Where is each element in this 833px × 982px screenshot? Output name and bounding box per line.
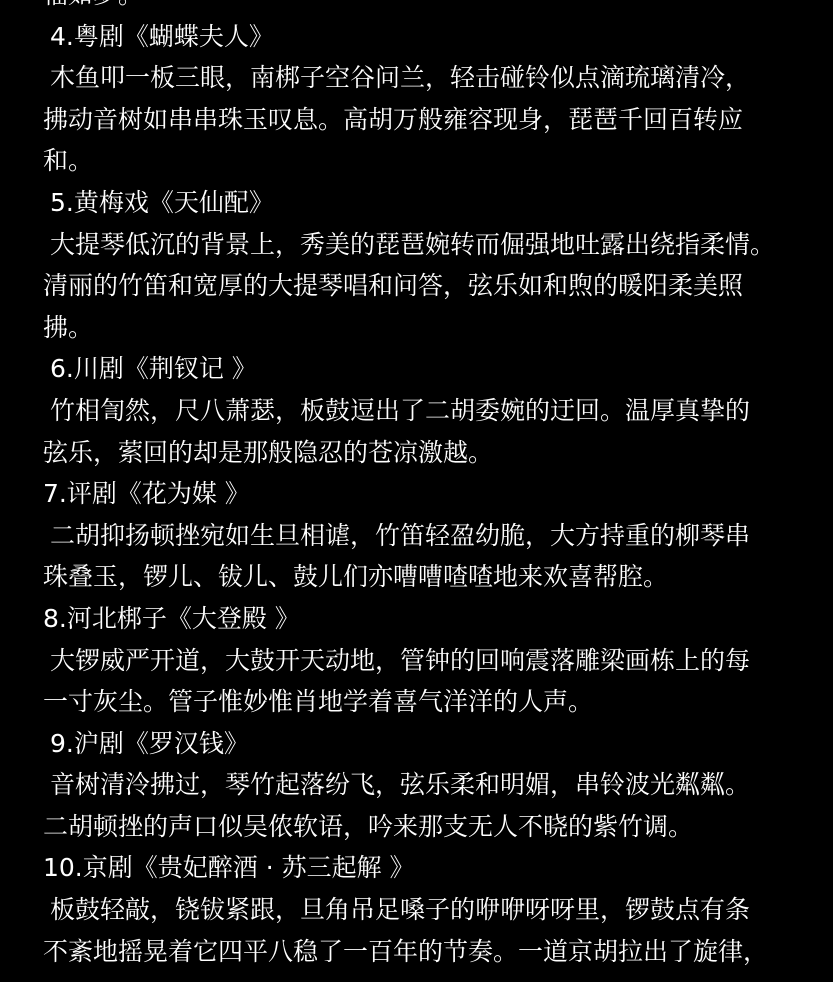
paragraph-line: 大提琴低沉的背景上，秀美的琵琶婉转而倔强地吐露出绕指柔情。 [43,224,833,266]
section-8: 8.河北梆子《大登殿 》 大锣威严开道，大鼓开天动地，管钟的回响震落雕梁画栋上的… [43,598,833,723]
paragraph-line: 竹相訇然，尺八萧瑟，板鼓逗出了二胡委婉的迂回。温厚真挚的 [43,390,833,432]
section-9: 9.沪剧《罗汉钱》 音树清泠拂过，琴竹起落纷飞，弦乐柔和明媚，串铃波光粼粼。 二… [43,723,833,848]
section-4: 4.粤剧《蝴蝶夫人》 木鱼叩一板三眼，南梆子空谷问兰，轻击碰铃似点滴琉璃清冷， … [43,16,833,182]
section-6: 6.川剧《荆钗记 》 竹相訇然，尺八萧瑟，板鼓逗出了二胡委婉的迂回。温厚真挚的 … [43,348,833,473]
paragraph-line: 二胡抑扬顿挫宛如生旦相谑，竹笛轻盈幼脆，大方持重的柳琴串 [43,515,833,557]
paragraph-line: 板鼓轻敲，铙钹紧跟，旦角吊足嗓子的咿咿呀呀里，锣鼓点有条 [43,889,833,931]
paragraph-line: 和。 [43,140,833,182]
paragraph-line: 不紊地摇晃着它四平八稳了一百年的节奏。一道京胡拉出了旋律， [43,931,833,973]
section-title: 4.粤剧《蝴蝶夫人》 [43,16,833,58]
section-title: 5.黄梅戏《天仙配》 [43,182,833,224]
document-body: 福如梦。 4.粤剧《蝴蝶夫人》 木鱼叩一板三眼，南梆子空谷问兰，轻击碰铃似点滴琉… [43,0,833,972]
paragraph-line: 弦乐，萦回的却是那般隐忍的苍凉激越。 [43,432,833,474]
section-title: 9.沪剧《罗汉钱》 [43,723,833,765]
paragraph-line: 大锣威严开道，大鼓开天动地，管钟的回响震落雕梁画栋上的每 [43,640,833,682]
section-7: 7.评剧《花为媒 》 二胡抑扬顿挫宛如生旦相谑，竹笛轻盈幼脆，大方持重的柳琴串 … [43,473,833,598]
section-title: 8.河北梆子《大登殿 》 [43,598,833,640]
section-5: 5.黄梅戏《天仙配》 大提琴低沉的背景上，秀美的琵琶婉转而倔强地吐露出绕指柔情。… [43,182,833,348]
paragraph-line: 清丽的竹笛和宽厚的大提琴唱和问答，弦乐如和煦的暖阳柔美照 [43,265,833,307]
section-title: 10.京剧《贵妃醉酒 · 苏三起解 》 [43,847,833,889]
section-title: 6.川剧《荆钗记 》 [43,348,833,390]
paragraph-line: 拂。 [43,307,833,349]
paragraph-line: 二胡顿挫的声口似吴侬软语，吟来那支无人不晓的紫竹调。 [43,806,833,848]
paragraph-line: 一寸灰尘。管子惟妙惟肖地学着喜气洋洋的人声。 [43,681,833,723]
paragraph-line: 珠叠玉，锣儿、钹儿、鼓儿们亦嘈嘈喳喳地来欢喜帮腔。 [43,556,833,598]
section-title: 7.评剧《花为媒 》 [43,473,833,515]
clipped-top-line: 福如梦。 [43,0,833,16]
section-10: 10.京剧《贵妃醉酒 · 苏三起解 》 板鼓轻敲，铙钹紧跟，旦角吊足嗓子的咿咿呀… [43,847,833,972]
paragraph-line: 木鱼叩一板三眼，南梆子空谷问兰，轻击碰铃似点滴琉璃清冷， [43,57,833,99]
paragraph-line: 拂动音树如串串珠玉叹息。高胡万般雍容现身，琵琶千回百转应 [43,99,833,141]
paragraph-line: 音树清泠拂过，琴竹起落纷飞，弦乐柔和明媚，串铃波光粼粼。 [43,764,833,806]
